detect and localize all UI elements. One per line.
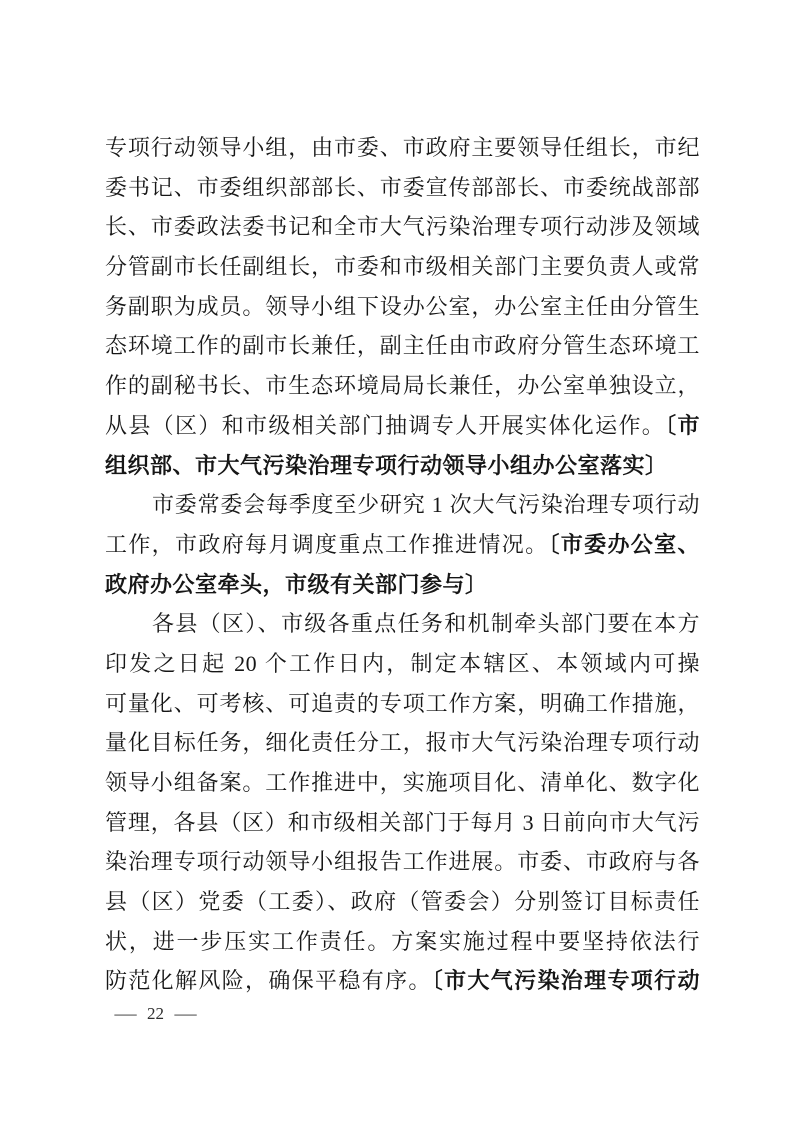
text-line: 市委常委会每季度至少研究 1 次大气污染治理专项行动: [105, 485, 700, 525]
bold-annotation-text: 组织部、市大气污染治理专项行动领导小组办公室落实〕: [105, 453, 668, 478]
footer-dash-right: —: [174, 1004, 196, 1024]
body-text: 染治理专项行动领导小组报告工作进展。市委、市政府与各: [105, 849, 700, 874]
bold-annotation-text: 政府办公室牵头，市级有关部门参与〕: [105, 572, 488, 597]
text-line: 分管副市长任副组长，市委和市级相关部门主要负责人或常: [105, 247, 700, 287]
body-text: 防范化解风险，确保平稳有序。: [105, 968, 432, 993]
text-line: 长、市委政法委书记和全市大气污染治理专项行动涉及领域: [105, 207, 700, 247]
text-line: 组织部、市大气污染治理专项行动领导小组办公室落实〕: [105, 446, 700, 486]
body-text: 各县（区）、市级各重点任务和机制牵头部门要在本方案: [152, 611, 700, 644]
page-number: 22: [147, 1004, 164, 1024]
text-line: 态环境工作的副市长兼任，副主任由市政府分管生态环境工: [105, 326, 700, 366]
text-line: 防范化解风险，确保平稳有序。〔市大气污染治理专项行动领: [105, 961, 700, 1001]
text-line: 量化目标任务，细化责任分工，报市大气污染治理专项行动: [105, 723, 700, 763]
text-line: 县（区）党委（工委）、政府（管委会）分别签订目标责任: [105, 882, 700, 922]
text-line: 印发之日起 20 个工作日内，制定本辖区、本领域内可操作、: [105, 644, 700, 684]
body-text: 委书记、市委组织部部长、市委宣传部部长、市委统战部部: [105, 175, 700, 200]
document-page: 专项行动领导小组，由市委、市政府主要领导任组长，市纪委书记、市委组织部部长、市委…: [0, 0, 800, 1131]
body-text: 长、市委政法委书记和全市大气污染治理专项行动涉及领域: [105, 214, 700, 239]
body-text: 专项行动领导小组，由市委、市政府主要领导任组长，市纪: [105, 135, 700, 160]
body-text: 态环境工作的副市长兼任，副主任由市政府分管生态环境工: [105, 333, 700, 358]
body-text: 领导小组备案。工作推进中，实施项目化、清单化、数字化: [105, 770, 700, 795]
text-line: 可量化、可考核、可追责的专项工作方案，明确工作措施，: [105, 684, 700, 724]
page-footer: — 22 —: [117, 1004, 194, 1024]
body-text: 务副职为成员。领导小组下设办公室，办公室主任由分管生: [105, 294, 700, 319]
body-text: 市委常委会每季度至少研究 1 次大气污染治理专项行动: [152, 492, 700, 517]
text-line: 管理，各县（区）和市级相关部门于每月 3 日前向市大气污: [105, 803, 700, 843]
footer-dash-left: —: [114, 1004, 136, 1024]
text-block: 专项行动领导小组，由市委、市政府主要领导任组长，市纪委书记、市委组织部部长、市委…: [105, 128, 700, 1001]
body-text: 从县（区）和市级相关部门抽调专人开展实体化运作。: [105, 413, 665, 438]
body-text: 可量化、可考核、可追责的专项工作方案，明确工作措施，: [105, 691, 700, 716]
body-text: 状，进一步压实工作责任。方案实施过程中要坚持依法行政，: [105, 929, 700, 962]
body-text: 印发之日起 20 个工作日内，制定本辖区、本领域内可操作、: [105, 651, 700, 684]
text-line: 染治理专项行动领导小组报告工作进展。市委、市政府与各: [105, 842, 700, 882]
text-line: 专项行动领导小组，由市委、市政府主要领导任组长，市纪: [105, 128, 700, 168]
text-line: 作的副秘书长、市生态环境局局长兼任，办公室单独设立，: [105, 366, 700, 406]
body-text: 管理，各县（区）和市级相关部门于每月 3 日前向市大气污: [105, 810, 700, 835]
text-line: 领导小组备案。工作推进中，实施项目化、清单化、数字化: [105, 763, 700, 803]
text-line: 各县（区）、市级各重点任务和机制牵头部门要在本方案: [105, 604, 700, 644]
text-line: 务副职为成员。领导小组下设办公室，办公室主任由分管生: [105, 287, 700, 327]
text-line: 政府办公室牵头，市级有关部门参与〕: [105, 565, 700, 605]
body-text: 量化目标任务，细化责任分工，报市大气污染治理专项行动: [105, 730, 700, 755]
body-text: 县（区）党委（工委）、政府（管委会）分别签订目标责任: [105, 889, 700, 914]
body-text: 作的副秘书长、市生态环境局局长兼任，办公室单独设立，: [105, 373, 700, 398]
body-text: 分管副市长任副组长，市委和市级相关部门主要负责人或常: [105, 254, 700, 279]
body-text: 工作，市政府每月调度重点工作推进情况。: [105, 532, 548, 557]
text-line: 工作，市政府每月调度重点工作推进情况。〔市委办公室、市: [105, 525, 700, 565]
text-line: 状，进一步压实工作责任。方案实施过程中要坚持依法行政，: [105, 922, 700, 962]
text-line: 从县（区）和市级相关部门抽调专人开展实体化运作。〔市委: [105, 406, 700, 446]
text-line: 委书记、市委组织部部长、市委宣传部部长、市委统战部部: [105, 168, 700, 208]
